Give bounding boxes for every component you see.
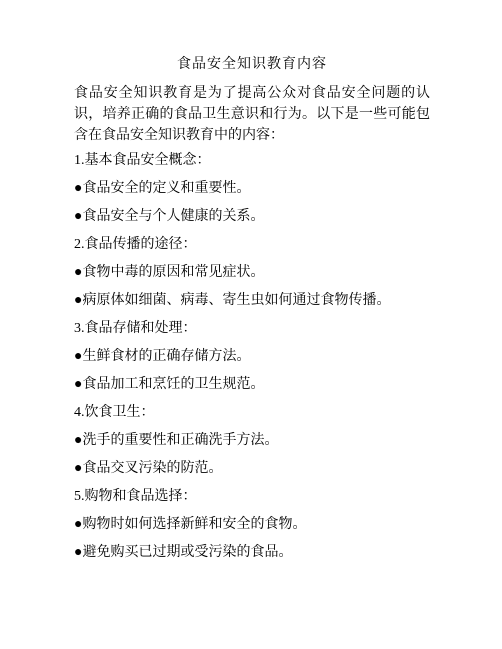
bullet-item: ●食品加工和烹饪的卫生规范。 (74, 374, 430, 395)
sections-container: 1.基本食品安全概念：●食品安全的定义和重要性。●食品安全与个人健康的关系。2.… (74, 150, 430, 563)
bullet-text: 食品安全与个人健康的关系。 (82, 209, 264, 224)
section-heading: 5.购物和食品选择： (74, 486, 430, 507)
intro-paragraph: 食品安全知识教育是为了提高公众对食品安全问题的认识，培养正确的食品卫生意识和行为… (74, 83, 430, 146)
document-title: 食品安全知识教育内容 (74, 54, 430, 75)
section-heading: 2.食品传播的途径： (74, 234, 430, 255)
bullet-item: ●洗手的重要性和正确洗手方法。 (74, 430, 430, 451)
section-heading: 3.食品存储和处理： (74, 318, 430, 339)
bullet-text: 生鲜食材的正确存储方法。 (82, 349, 250, 364)
bullet-text: 购物时如何选择新鲜和安全的食物。 (82, 517, 306, 532)
bullet-item: ●购物时如何选择新鲜和安全的食物。 (74, 514, 430, 535)
bullet-item: ●食品安全与个人健康的关系。 (74, 206, 430, 227)
bullet-text: 食品交叉污染的防范。 (82, 461, 222, 476)
bullet-text: 食品加工和烹饪的卫生规范。 (82, 377, 264, 392)
bullet-item: ●食品交叉污染的防范。 (74, 458, 430, 479)
bullet-text: 病原体如细菌、病毒、寄生虫如何通过食物传播。 (82, 293, 390, 308)
bullet-text: 食物中毒的原因和常见症状。 (82, 265, 264, 280)
section-heading: 1.基本食品安全概念： (74, 150, 430, 171)
bullet-item: ●食物中毒的原因和常见症状。 (74, 262, 430, 283)
document-page: 食品安全知识教育内容 食品安全知识教育是为了提高公众对食品安全问题的认识，培养正… (0, 0, 502, 649)
bullet-text: 避免购买已过期或受污染的食品。 (82, 545, 292, 560)
bullet-item: ●生鲜食材的正确存储方法。 (74, 346, 430, 367)
section-heading: 4.饮食卫生： (74, 402, 430, 423)
bullet-text: 洗手的重要性和正确洗手方法。 (82, 433, 278, 448)
bullet-item: ●病原体如细菌、病毒、寄生虫如何通过食物传播。 (74, 290, 430, 311)
bullet-item: ●食品安全的定义和重要性。 (74, 178, 430, 199)
bullet-text: 食品安全的定义和重要性。 (82, 181, 250, 196)
bullet-item: ●避免购买已过期或受污染的食品。 (74, 542, 430, 563)
